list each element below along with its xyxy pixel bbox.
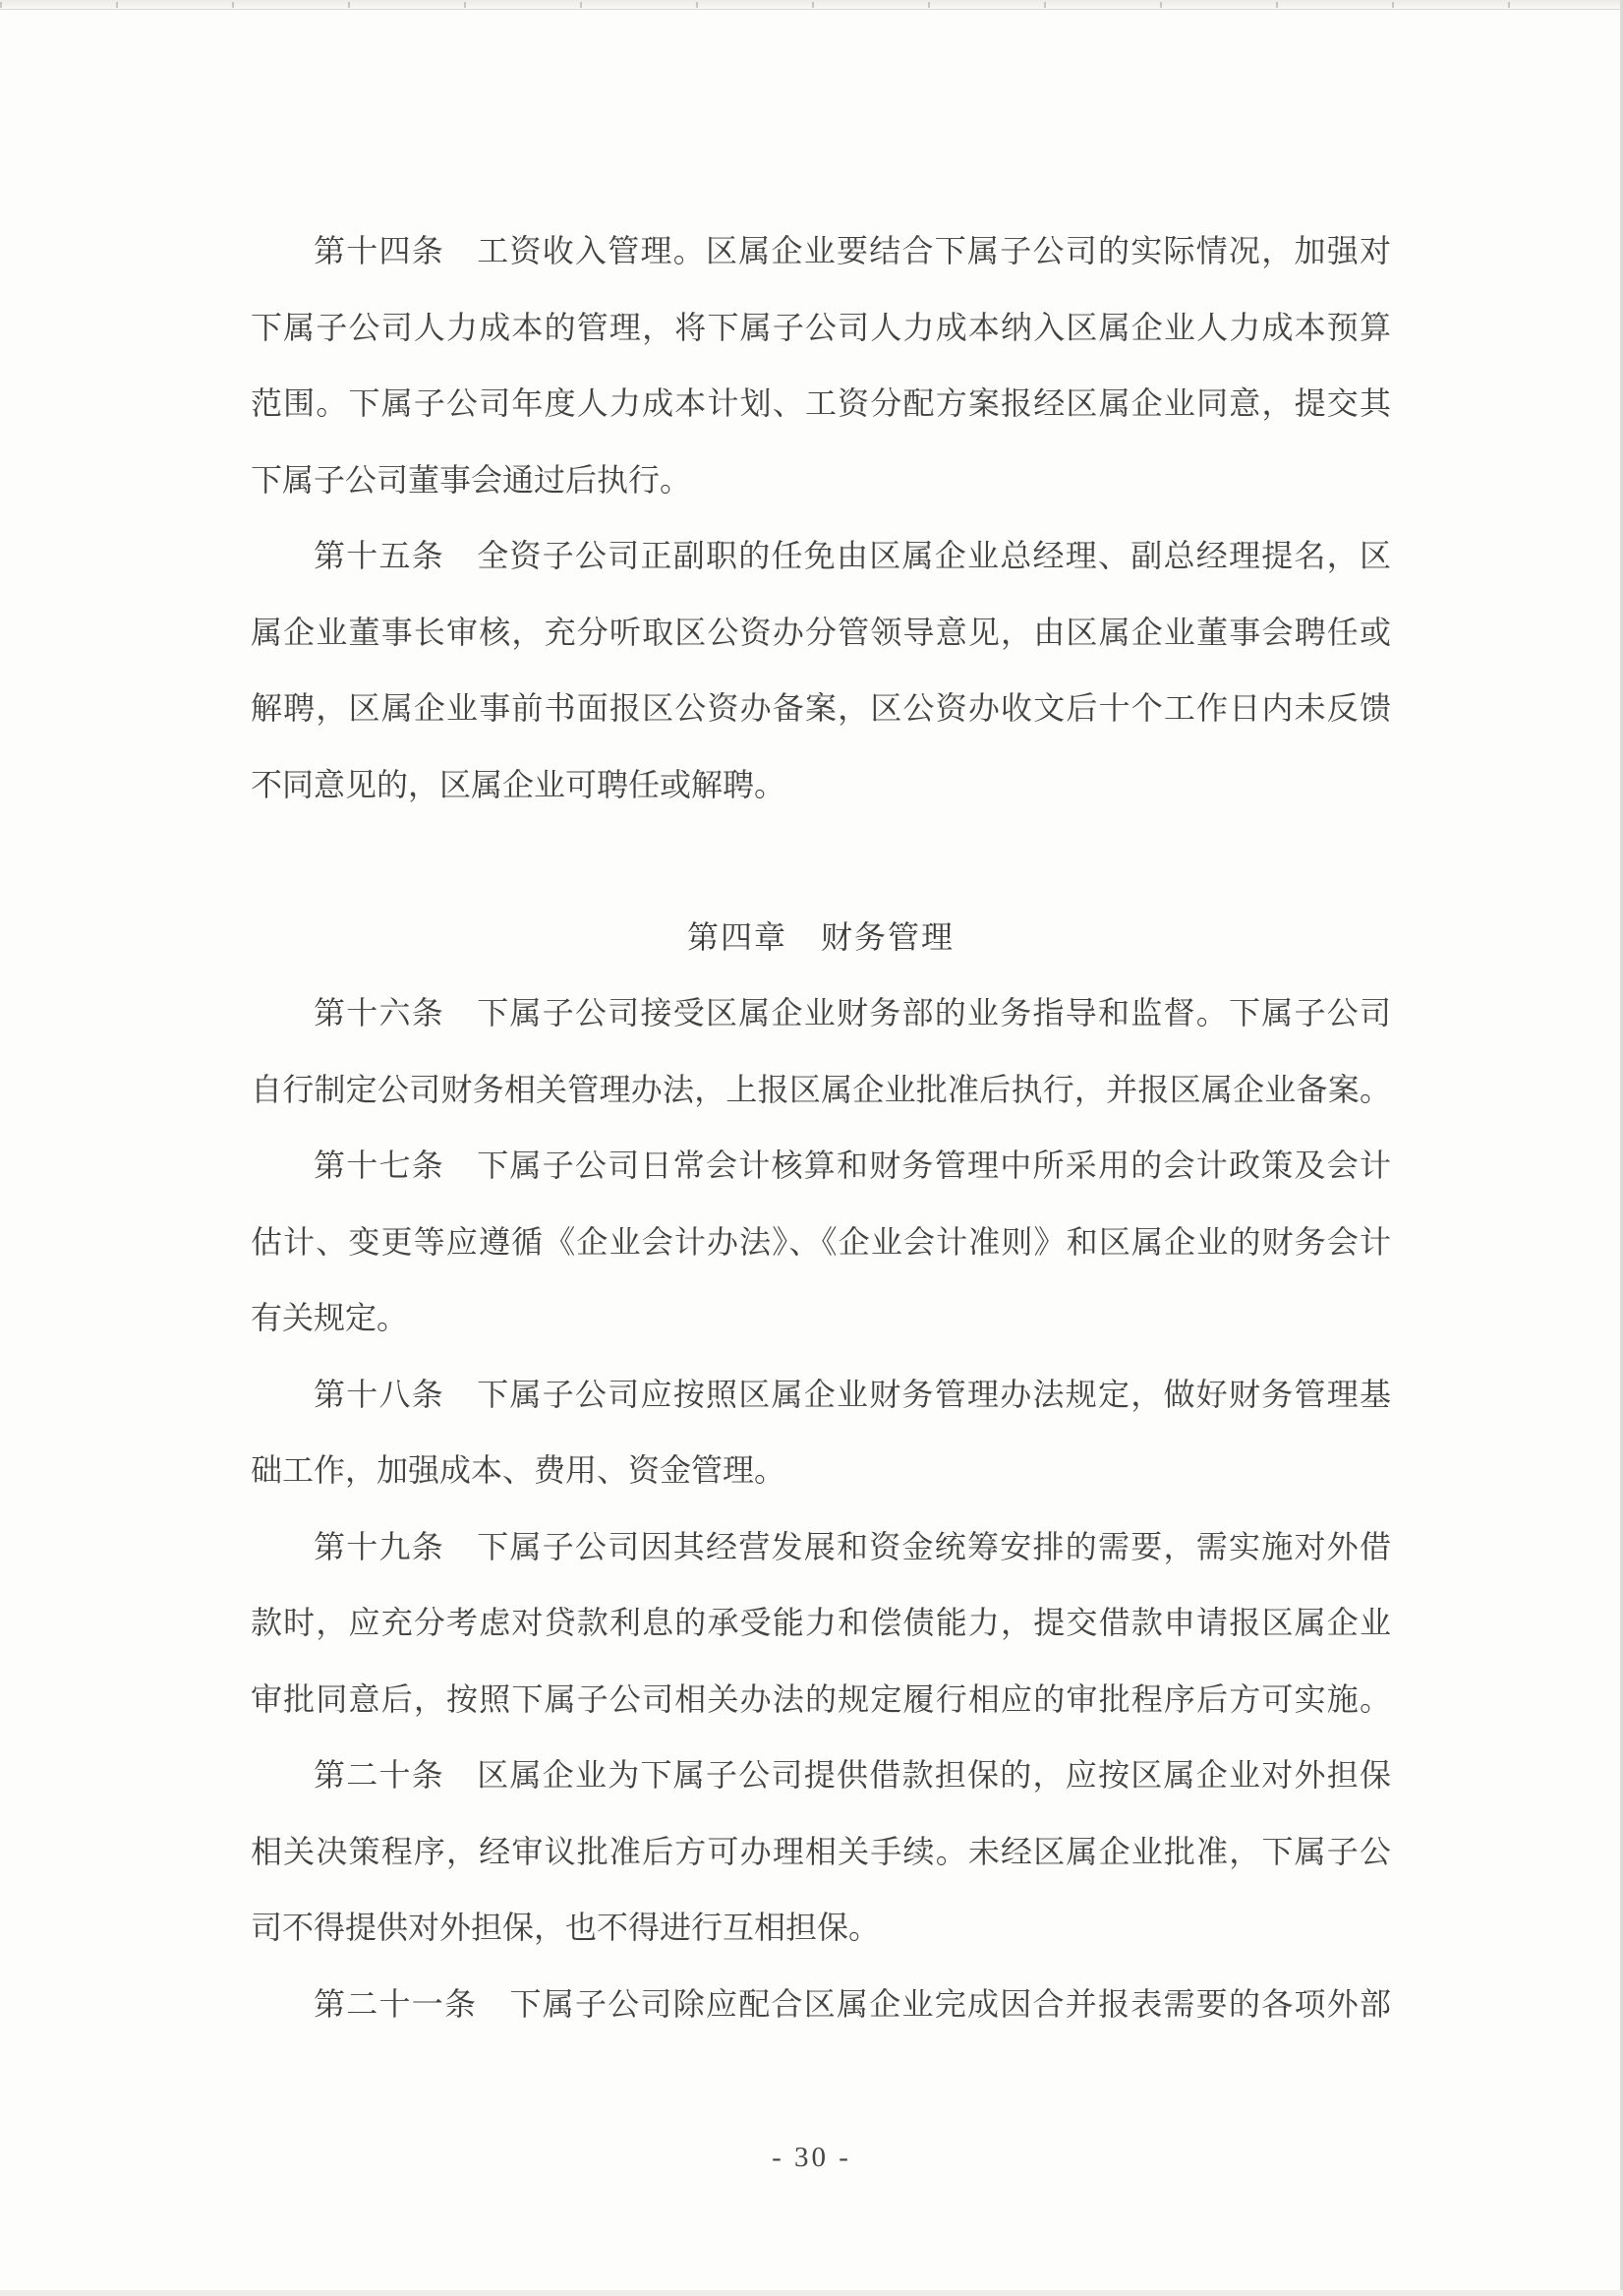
text-line: 第十四条 工资收入管理。区属企业要结合下属子公司的实际情况，加强对 <box>251 213 1391 290</box>
text-line: 自行制定公司财务相关管理办法，上报区属企业批准后执行，并报区属企业备案。 <box>251 1052 1391 1129</box>
text-line: 有关规定。 <box>251 1280 1391 1357</box>
text-line: 第二十条 区属企业为下属子公司提供借款担保的，应按区属企业对外担保 <box>251 1737 1391 1814</box>
text-line: 第十六条 下属子公司接受区属企业财务部的业务指导和监督。下属子公司 <box>251 975 1391 1052</box>
text-line: 范围。下属子公司年度人力成本计划、工资分配方案报经区属企业同意，提交其 <box>251 366 1391 442</box>
text-line: 款时，应充分考虑对贷款利息的承受能力和偿债能力，提交借款申请报区属企业 <box>251 1585 1391 1662</box>
text-line: 下属子公司董事会通过后执行。 <box>251 442 1391 519</box>
scan-edge-top-ticks <box>0 2 1623 8</box>
text-line: 相关决策程序，经审议批准后方可办理相关手续。未经区属企业批准，下属子公 <box>251 1814 1391 1891</box>
text-line: 下属子公司人力成本的管理，将下属子公司人力成本纳入区属企业人力成本预算 <box>251 290 1391 367</box>
text-line: 司不得提供对外担保，也不得进行互相担保。 <box>251 1890 1391 1967</box>
text-line: 不同意见的，区属企业可聘任或解聘。 <box>251 747 1391 824</box>
text-line: 第十五条 全资子公司正副职的任免由区属企业总经理、副总经理提名，区 <box>251 518 1391 595</box>
text-line: 估计、变更等应遵循《企业会计办法》、《企业会计准则》和区属企业的财务会计 <box>251 1205 1391 1281</box>
document-page: 第十四条 工资收入管理。区属企业要结合下属子公司的实际情况，加强对下属子公司人力… <box>0 0 1623 2296</box>
text-line: 属企业董事长审核，充分听取区公资办分管领导意见，由区属企业董事会聘任或 <box>251 595 1391 672</box>
text-line: 第十七条 下属子公司日常会计核算和财务管理中所采用的会计政策及会计 <box>251 1128 1391 1205</box>
text-line: 础工作，加强成本、费用、资金管理。 <box>251 1433 1391 1509</box>
text-line: 审批同意后，按照下属子公司相关办法的规定履行相应的审批程序后方可实施。 <box>251 1662 1391 1738</box>
text-line: 解聘，区属企业事前书面报区公资办备案，区公资办收文后十个工作日内未反馈 <box>251 671 1391 747</box>
text-block: 第十四条 工资收入管理。区属企业要结合下属子公司的实际情况，加强对下属子公司人力… <box>251 213 1391 2042</box>
blank-line <box>251 823 1391 900</box>
text-line: 第十九条 下属子公司因其经营发展和资金统筹安排的需要，需实施对外借 <box>251 1509 1391 1586</box>
chapter-heading: 第四章 财务管理 <box>251 900 1391 976</box>
scan-edge-bottom <box>0 2290 1623 2296</box>
text-line: 第十八条 下属子公司应按照区属企业财务管理办法规定，做好财务管理基 <box>251 1357 1391 1434</box>
page-number: - 30 - <box>0 2142 1623 2174</box>
scan-edge-top <box>0 0 1623 10</box>
text-line: 第二十一条 下属子公司除应配合区属企业完成因合并报表需要的各项外部 <box>251 1967 1391 2043</box>
